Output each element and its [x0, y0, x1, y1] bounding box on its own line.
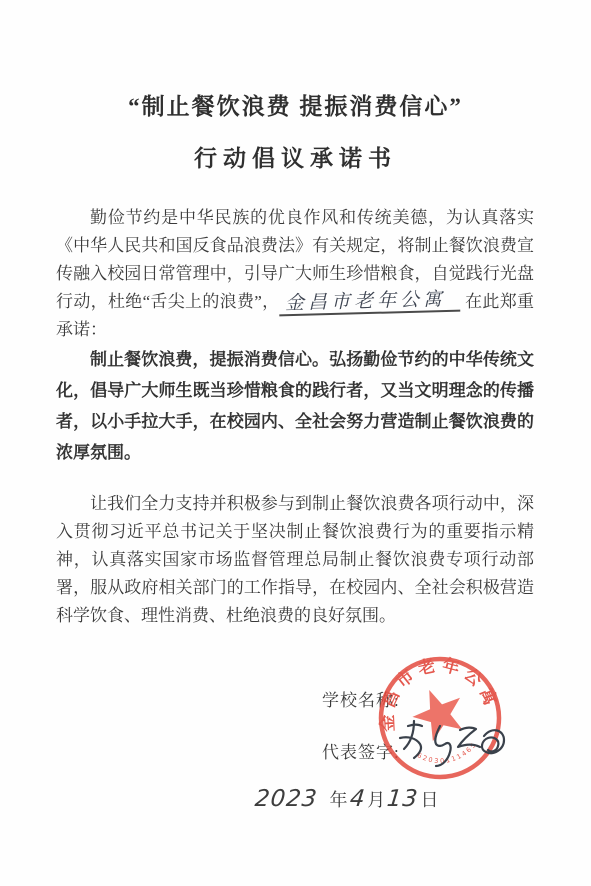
paragraph-pledge: 制止餐饮浪费，提振消费信心。弘扬勤俭节约的中华传统文化，倡导广大师生既当珍惜粮食…	[56, 344, 534, 468]
document-title-line2: 行动倡议承诺书	[0, 140, 591, 173]
paragraph-action: 让我们全力支持并积极参与到制止餐饮浪费各项行动中，深入贯彻习近平总书记关于坚决制…	[56, 490, 534, 630]
commitment-letter-page: “制止餐饮浪费 提振消费信心” 行动倡议承诺书 勤俭节约是中华民族的优良作风和传…	[0, 0, 591, 886]
date-month-handwritten: 4	[348, 786, 366, 812]
date-month-unit: 月	[367, 786, 385, 812]
signature-stroke-4	[435, 726, 450, 766]
date-day-unit: 日	[420, 786, 438, 812]
signature-stroke-1	[408, 725, 422, 727]
date-year-handwritten: 2023	[254, 786, 319, 812]
date-day-handwritten: 13	[386, 786, 420, 812]
paragraph-intro: 勤俭节约是中华民族的优良作风和传统美德，为认真落实《中华人民共和国反食品浪费法》…	[56, 204, 534, 344]
date-year-unit: 年	[330, 786, 348, 812]
signature-stroke-5	[458, 728, 480, 747]
signature-stroke-6	[482, 730, 504, 753]
representative-signature-scribble	[392, 718, 507, 773]
document-title-line1: “制止餐饮浪费 提振消费信心”	[0, 88, 591, 121]
signature-strokes	[400, 721, 504, 766]
date-line: 2023年4月13日	[255, 786, 495, 812]
handwritten-org-name: 金昌市老年公寓	[279, 288, 461, 317]
